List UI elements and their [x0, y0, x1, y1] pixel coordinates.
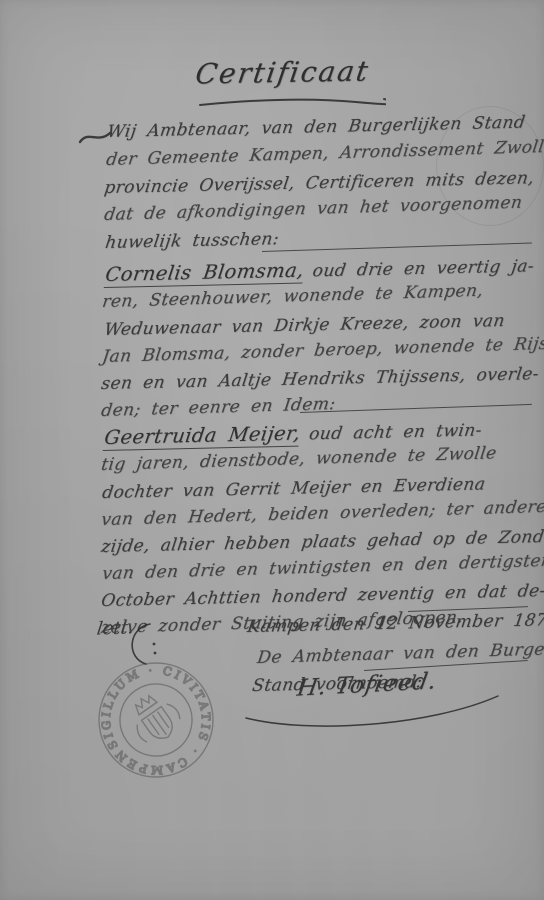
groom-line-rest: oud drie en veertig ja- — [311, 256, 535, 281]
bride-line: October Achttien honderd zeventig en dat… — [100, 581, 544, 611]
title-underline-flourish — [196, 95, 386, 109]
groom-line: Weduwenaar van Dirkje Kreeze, zoon van — [103, 311, 506, 340]
groom-line: Jan Blomsma, zonder beroep, wonende te R… — [101, 334, 544, 367]
groom-name: Cornelis Blomsma, — [104, 259, 306, 288]
filler-rule — [262, 243, 532, 253]
signature-flourish — [240, 690, 504, 732]
certificate-scan: Certificaat Wij Ambtenaar, van den Burge… — [0, 0, 544, 900]
body-line: dat de afkondigingen van het voorgenomen — [103, 193, 524, 225]
bride-name: Geertruida Meijer, — [103, 422, 302, 451]
bride-line: Geertruida Meijer,oud acht en twin- — [103, 417, 484, 449]
bride-line-rest: oud acht en twin- — [308, 420, 483, 444]
groom-line: sen en van Aaltje Hendriks Thijssens, ov… — [100, 364, 540, 394]
city-seal: SIGILLUM · CIVITATIS · CAMPENSIS — [59, 623, 254, 818]
document-title: Certificaat — [193, 54, 371, 90]
bride-line: van den drie en twintigsten en den derti… — [101, 551, 544, 584]
bride-line: dochter van Gerrit Meijer en Everdiena — [101, 474, 487, 503]
groom-line: den; ter eenre en Idem: — [100, 394, 337, 421]
closing-line: De Ambtenaar van den Burgerlijken — [256, 638, 544, 668]
body-line: huwelijk tusschen: — [104, 229, 280, 253]
bride-line: van den Hedert, beiden overleden; ter an… — [100, 497, 544, 530]
